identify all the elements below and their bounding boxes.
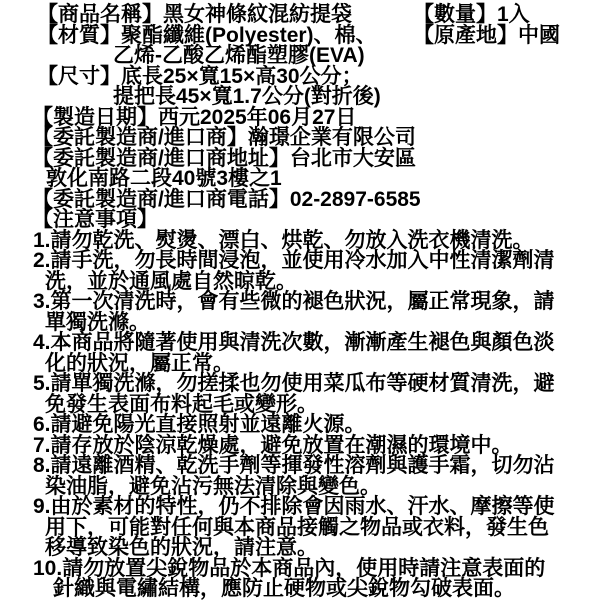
side-line-quantity: 【數量】1入 bbox=[413, 5, 560, 26]
note-number: 2. bbox=[33, 249, 51, 272]
note-text-cont: 化的狀況，屬正常。 bbox=[0, 354, 600, 375]
note-number: 8. bbox=[33, 454, 51, 477]
note-number: 5. bbox=[33, 372, 51, 395]
note-item-9: 9.由於素材的特性，仍不排除會因雨水、汗水、摩擦等使 bbox=[0, 497, 600, 518]
note-item-4: 4.本商品將隨著使用與清洗次數，漸漸產生褪色與顏色淡 bbox=[0, 333, 600, 354]
label-body: 【商品名稱】黑女神條紋混紡提袋【材質】聚酯纖維(Polyester)、棉、乙烯-… bbox=[0, 5, 600, 600]
side-line-origin: 【原產地】中國 bbox=[413, 26, 560, 47]
note-text: 請手洗，勿長時間浸泡，並使用冷水加入中性清潔劑清 bbox=[51, 249, 555, 272]
note-text: 本商品將隨著使用與清洗次數，漸漸產生褪色與顏色淡 bbox=[51, 331, 555, 354]
product-care-label: 【商品名稱】黑女神條紋混紡提袋【材質】聚酯纖維(Polyester)、棉、乙烯-… bbox=[0, 0, 600, 600]
info-line-address: 【委託製造商/進口商地址】台北市大安區 bbox=[0, 149, 600, 170]
info-line-material-cont: 乙烯-乙酸乙烯酯塑膠(EVA) bbox=[0, 46, 600, 67]
note-text: 第一次清洗時，會有些微的褪色狀況，屬正常現象，請 bbox=[51, 290, 555, 313]
note-text: 請遠離酒精、乾洗手劑等揮發性溶劑與護手霜，切勿沾 bbox=[51, 454, 555, 477]
note-text: 由於素材的特性，仍不排除會因雨水、汗水、摩擦等使 bbox=[51, 495, 555, 518]
note-text-cont: 免發生表面布料起毛或變形。 bbox=[0, 395, 600, 416]
info-line-size: 【尺寸】底長25×寬15×高30公分； bbox=[0, 67, 600, 88]
note-item-6: 6.請避免陽光直接照射並遠離火源。 bbox=[0, 415, 600, 436]
note-text: 請單獨洗滌，勿搓揉也勿使用菜瓜布等硬材質清洗，避 bbox=[51, 372, 555, 395]
info-line-mfg-date: 【製造日期】西元2025年06月27日 bbox=[0, 108, 600, 129]
note-item-7: 7.請存放於陰涼乾燥處，避免放置在潮濕的環境中。 bbox=[0, 436, 600, 457]
info-line-size-cont: 提把長45×寬1.7公分(對折後) bbox=[0, 87, 600, 108]
note-number: 3. bbox=[33, 290, 51, 313]
info-line-manufacturer: 【委託製造商/進口商】瀚璟企業有限公司 bbox=[0, 128, 600, 149]
note-text-cont: 用下，可能對任何與本商品接觸之物品或衣料，發生色 bbox=[0, 518, 600, 539]
info-line-phone: 【委託製造商/進口商電話】02-2897-6585 bbox=[0, 190, 600, 211]
note-text-cont: 染油脂，避免沾污無法清除與變色。 bbox=[0, 477, 600, 498]
note-text-cont: 針織與電繡結構，應防止硬物或尖銳物勾破表面。 bbox=[0, 579, 600, 600]
note-item-3: 3.第一次清洗時，會有些微的褪色狀況，屬正常現象，請 bbox=[0, 292, 600, 313]
side-info: 【數量】1入【原產地】中國 bbox=[413, 5, 560, 46]
note-number: 4. bbox=[33, 331, 51, 354]
note-item-5: 5.請單獨洗滌，勿搓揉也勿使用菜瓜布等硬材質清洗，避 bbox=[0, 374, 600, 395]
note-item-10: 10.請勿放置尖銳物品於本商品內，使用時請注意表面的 bbox=[0, 559, 600, 580]
note-text-cont: 移導致染色的狀況，請注意。 bbox=[0, 538, 600, 559]
note-item-1: 1.請勿乾洗、熨燙、漂白、烘乾、勿放入洗衣機清洗。 bbox=[0, 231, 600, 252]
note-item-8: 8.請遠離酒精、乾洗手劑等揮發性溶劑與護手霜，切勿沾 bbox=[0, 456, 600, 477]
info-line-notes-heading: 【注意事項】 bbox=[0, 210, 600, 231]
note-text-cont: 單獨洗滌。 bbox=[0, 313, 600, 334]
note-number: 9. bbox=[33, 495, 51, 518]
note-item-2: 2.請手洗，勿長時間浸泡，並使用冷水加入中性清潔劑清 bbox=[0, 251, 600, 272]
note-text-cont: 洗，並於通風處自然晾乾。 bbox=[0, 272, 600, 293]
info-line-address-cont: 敦化南路二段40號3樓之1 bbox=[0, 169, 600, 190]
